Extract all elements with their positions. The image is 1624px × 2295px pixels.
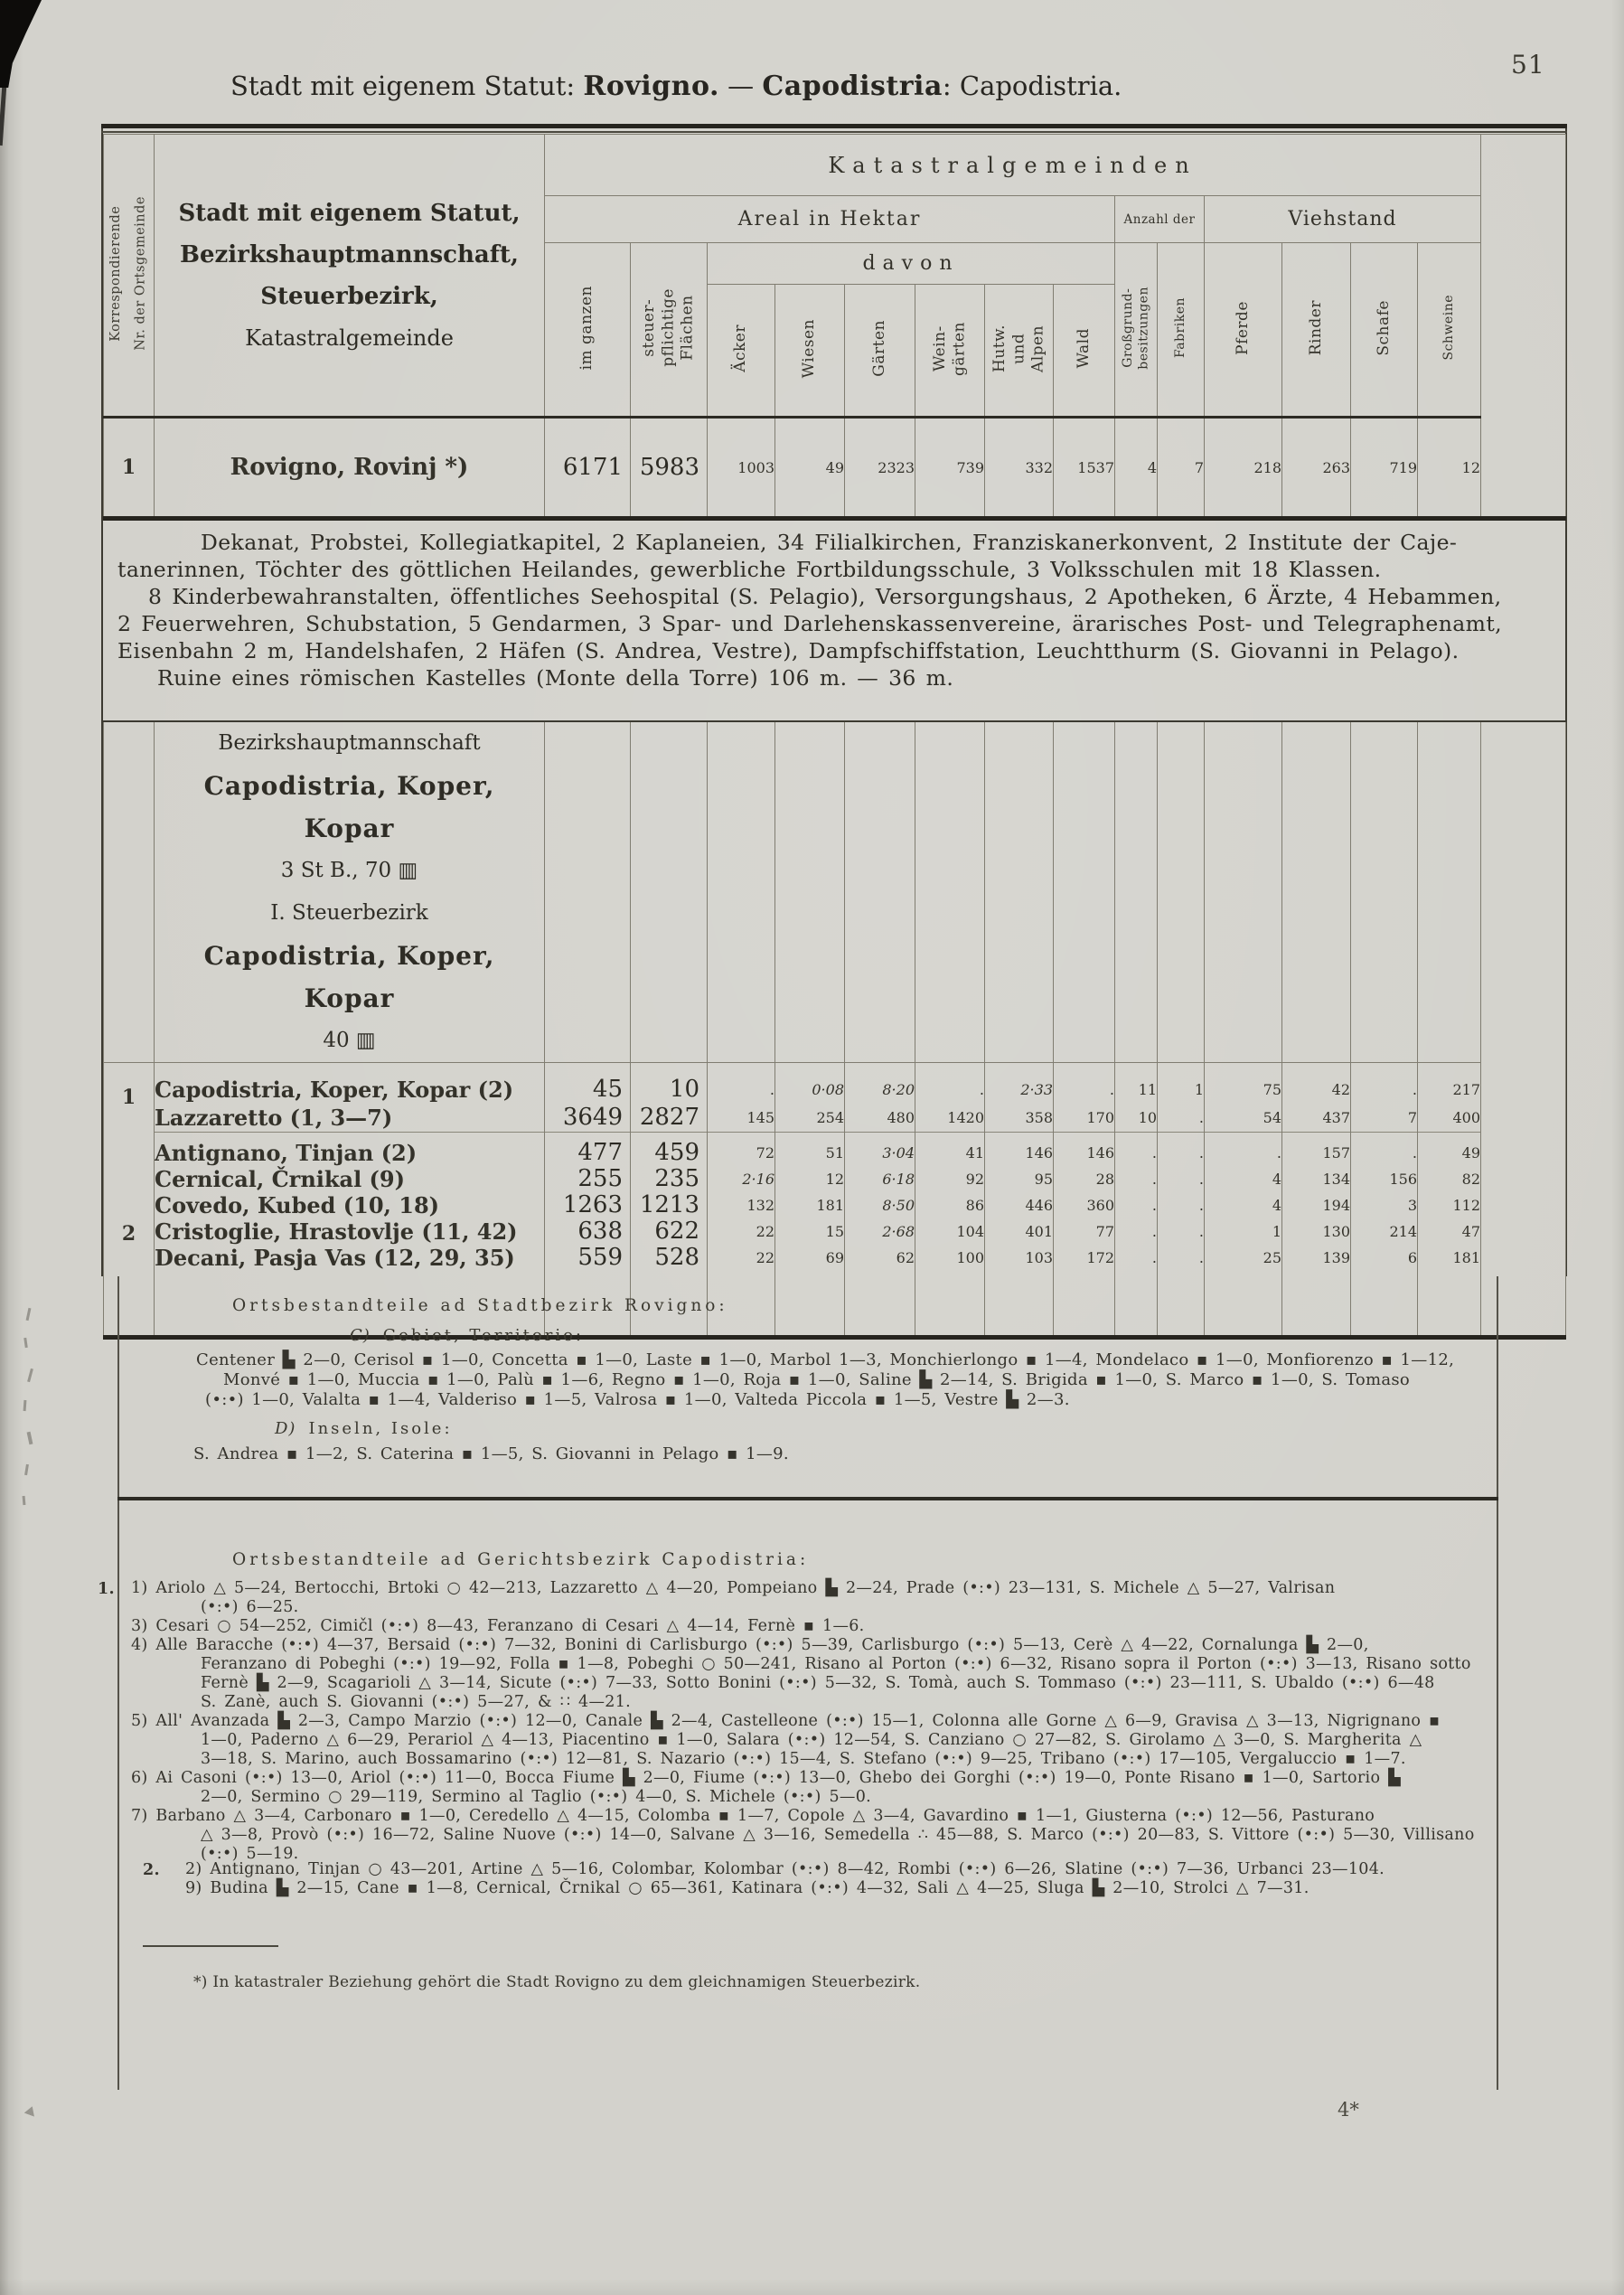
bezirk-header-line: I. Steuerbezirk [155,892,544,935]
description-line: Eisenbahn 2 m, Handelshafen, 2 Häfen (S.… [117,637,1527,664]
bezirk-header-line: 40 ▥ [155,1020,544,1062]
gebiet-subheading: C)Gebiet, Territorio: [350,1326,584,1345]
page-number: 51 [1511,50,1545,80]
value-cell: .170 [1054,1063,1115,1133]
scanned-document-page: 51 Stadt mit eigenem Statut: Rovigno. — … [0,0,1624,2295]
col-header-grossgrund: Großgrund- besitzungen [1115,243,1158,418]
col-header-hutweiden: Hutw. und Alpen [985,285,1054,418]
col-label: Gärten [870,320,889,377]
value-cell: .7 [1351,1063,1418,1133]
value-cell: 7 [1158,418,1205,519]
description-line: Ruine eines römischen Kastelles (Monte d… [117,664,1527,691]
empty-cell [1115,721,1158,1063]
place-line: (•:•) 6—25. [98,1598,1525,1617]
col-header-rinder: Rinder [1282,243,1351,418]
description-line: 2 Feuerwehren, Schubstation, 5 Gendarmen… [117,610,1527,637]
place-line: 7) Barbano △ 3—4, Carbonaro ▪ 1—0, Cered… [98,1807,1525,1826]
place-line: 2) Antignano, Tinjan ○ 43—201, Artine △ … [98,1860,1525,1879]
col-label: Wald [1075,328,1094,368]
place-line: △ 3—8, Provò (•:•) 16—72, Saline Nuove (… [98,1826,1525,1845]
value-cell: .1420 [915,1063,985,1133]
value-cell: 2323 [845,418,915,519]
place-line: 3—18, S. Marino, auch Bossamarino (•:•) … [98,1750,1525,1769]
place-line: Centener ▙ 2—0, Cerisol ▪ 1—0, Concetta … [196,1350,1454,1370]
margin-smudge [23,1496,26,1505]
title-dash: — [719,71,762,101]
empty-cell [104,721,155,1063]
title-capodistria: Capodistria [762,71,943,102]
davon-header: davon [708,243,1115,285]
left-header-cell: Stadt mit eigenem Statut, Bezirkshauptma… [155,135,545,418]
empty-cell [1351,721,1418,1063]
value-cell: 263 [1282,418,1351,519]
areal-header: Areal in Hektar [545,196,1115,243]
rovigno-statistics-table: Korrespondierende Nr. der Ortsgemeinde S… [103,134,1566,521]
title-rovigno: Rovigno. [583,71,718,102]
margin-smudge [23,1338,28,1348]
left-header-line: Katastralgemeinde [155,317,544,359]
anzahl-header: Anzahl der [1115,196,1205,243]
empty-cell [845,721,915,1063]
footnote-rule [143,1945,278,1947]
left-header-line: Bezirkshauptmannschaft, [155,234,544,276]
empty-cell [915,721,985,1063]
value-cell: 0·08254 [775,1063,845,1133]
margin-smudge [24,2104,38,2117]
katastralgemeinden-header: Katastralgemeinden [545,135,1481,196]
place-line: S. Zanè, auch S. Giovanni (•:•) 5—27, & … [98,1693,1525,1712]
empty-cell [631,721,708,1063]
place-line: 2—0, Sermino ○ 29—119, Sermino al Taglio… [98,1788,1525,1807]
col-header-fabriken: Fabriken [1158,243,1205,418]
col-label: steuer- pflichtige Flächen [640,288,698,367]
value-cell: 1110 [1115,1063,1158,1133]
value-cell: 332 [985,418,1054,519]
place-line: 3) Cesari ○ 54—252, Cimičl (•:•) 8—43, F… [98,1617,1525,1636]
col-header-aecker: Äcker [708,285,775,418]
description-line: Dekanat, Probstei, Kollegiatkapitel, 2 K… [117,529,1527,556]
gebiet-title: Gebiet, Territorio: [383,1326,584,1345]
section-divider-rule [117,1497,1498,1500]
scan-ink-blob [0,0,42,88]
empty-cell [775,721,845,1063]
left-header-line: Stadt mit eigenem Statut, [155,193,544,234]
margin-smudge [26,1308,32,1321]
value-cell: 217400 [1418,1063,1481,1133]
value-cell: 49 [775,418,845,519]
stadtbezirk-rovigno-heading: Ortsbestandteile ad Stadtbezirk Rovigno: [232,1296,728,1315]
empty-cell [708,721,775,1063]
margin-smudge [23,1400,27,1411]
value-cell: 719 [1351,418,1418,519]
col-label: Schweine [1441,295,1458,361]
place-line: 6) Ai Casoni (•:•) 13—0, Ariol (•:•) 11—… [98,1769,1525,1788]
value-cell: 5983 [631,418,708,519]
item-marker: 1. [98,1580,115,1599]
col-header-wiesen: Wiesen [775,285,845,418]
value-cell: 1537 [1054,418,1115,519]
gerichtsbezirk-capodistria-heading: Ortsbestandteile ad Gerichtsbezirk Capod… [232,1550,809,1569]
value-cell: 218 [1205,418,1282,519]
item2-lines: 2) Antignano, Tinjan ○ 43—201, Artine △ … [98,1860,1525,1898]
place-line: Fernè ▙ 2—9, Scagarioli △ 3—14, Sicute (… [98,1674,1525,1693]
col-label: Äcker [731,324,750,372]
col-header-wald: Wald [1054,285,1115,418]
gebiet-place-list: Centener ▙ 2—0, Cerisol ▪ 1—0, Concetta … [196,1350,1454,1410]
page-title: Stadt mit eigenem Statut: Rovigno. — Cap… [230,71,1017,102]
left-header-line: Steuerbezirk, [155,276,544,317]
empty-cell [1418,721,1481,1063]
value-cell: 1. [1158,1063,1205,1133]
gebiet-marker: C) [350,1326,383,1345]
inseln-place-list: S. Andrea ▪ 1—2, S. Caterina ▪ 1—5, S. G… [193,1444,789,1464]
description-line: tanerinnen, Töchter des göttlichen Heila… [117,556,1527,583]
inseln-title: Inseln, Isole: [308,1419,452,1438]
value-cell: 42437 [1282,1063,1351,1133]
col-header-schafe: Schafe [1351,243,1418,418]
col-label: im ganzen [577,286,596,370]
value-cell: 4 [1115,418,1158,519]
description-line: 8 Kinderbewahranstalten, öffentliches Se… [117,583,1527,610]
gerichtsbezirk-place-list: 1. 1) Ariolo △ 5—24, Bertocchi, Brtoki ○… [98,1579,1525,1864]
place-line: (•:•) 1—0, Valalta ▪ 1—4, Valderiso ▪ 1—… [196,1390,1454,1410]
empty-cell [545,721,631,1063]
col-header-gaerten: Gärten [845,285,915,418]
scan-ink-streak [0,86,6,146]
rovigno-description: Dekanat, Probstei, Kollegiatkapitel, 2 K… [117,529,1527,691]
corner-label: Korrespondierende Nr. der Ortsgemeinde [104,196,154,351]
empty-cell [1205,721,1282,1063]
row-name: Rovigno, Rovinj *) [155,418,545,519]
bezirk-header-line: 3 St B., 70 ▥ [155,850,544,892]
place-line: Monvé ▪ 1—0, Muccia ▪ 1—0, Palù ▪ 1—6, R… [196,1370,1454,1390]
col-header-steuerpflichtige: steuer- pflichtige Flächen [631,243,708,418]
col-label: Großgrund- besitzungen [1121,287,1152,370]
title-prefix: Stadt mit eigenem Statut: [230,71,583,101]
group-names: Capodistria, Koper, Kopar (2)Lazzaretto … [155,1063,545,1133]
col-header-pferde: Pferde [1205,243,1282,418]
bezirk-header-line: Bezirkshauptmannschaft [155,722,544,765]
main-table-frame: Korrespondierende Nr. der Ortsgemeinde S… [101,124,1567,1276]
col-header-weingaerten: Wein- gärten [915,285,985,418]
group-number: 1 [104,1063,155,1133]
double-rule-bottom [101,131,1567,133]
viehstand-header: Viehstand [1205,196,1481,243]
inseln-marker: D) [275,1419,308,1438]
empty-cell [1282,721,1351,1063]
value-cell: 8·20480 [845,1063,915,1133]
value-cell: 102827 [631,1063,708,1133]
margin-smudge [27,1369,33,1382]
place-line: 5) All' Avanzada ▙ 2—3, Campo Marzio (•:… [98,1712,1525,1731]
bezirk-header-block: Bezirkshauptmannschaft Capodistria, Kope… [155,721,545,1063]
empty-cell [1054,721,1115,1063]
margin-column [1481,721,1566,1338]
bezirk-header-line: Capodistria, Koper, Kopar [155,765,544,850]
margin-smudge [27,1432,33,1445]
col-label: Wiesen [800,319,819,378]
empty-cell [1158,721,1205,1063]
place-line: 4) Alle Baracche (•:•) 4—37, Bersaid (•:… [98,1636,1525,1655]
capodistria-statistics-table: Bezirkshauptmannschaft Capodistria, Kope… [103,720,1566,1340]
col-label: Pferde [1234,301,1253,355]
bezirk-header-line: Capodistria, Koper, Kopar [155,935,544,1020]
row-number: 1 [104,418,155,519]
place-line: 1—0, Paderno △ 6—29, Perariol △ 4—13, Pi… [98,1731,1525,1750]
col-label: Schafe [1375,300,1394,356]
col-label: Rinder [1307,300,1326,355]
value-cell: 739 [915,418,985,519]
place-line: Feranzano di Pobeghi (•:•) 19—92, Folla … [98,1655,1525,1674]
value-cell: 1003 [708,418,775,519]
value-cell: 12 [1418,418,1481,519]
margin-column [1481,135,1566,519]
empty-cell [985,721,1054,1063]
signature-mark: 4* [1338,2099,1359,2121]
col-header-im-ganzen: im ganzen [545,243,631,418]
col-label: Fabriken [1173,297,1189,358]
inseln-subheading: D)Inseln, Isole: [275,1419,453,1438]
value-cell: 7554 [1205,1063,1282,1133]
double-rule-top [101,124,1567,128]
place-line: 9) Budina ▙ 2—15, Cane ▪ 1—8, Cernical, … [98,1879,1525,1898]
value-cell: 2·33358 [985,1063,1054,1133]
title-suffix: : Capodistria. [943,71,1122,101]
margin-smudge [24,1464,29,1475]
col-label: Wein- gärten [931,322,970,376]
value-cell: 453649 [545,1063,631,1133]
footnote-text: *) In katastraler Beziehung gehört die S… [193,1973,920,1991]
col-label: Hutw. und Alpen [990,324,1048,372]
place-line: 1) Ariolo △ 5—24, Bertocchi, Brtoki ○ 42… [98,1579,1525,1598]
value-cell: 6171 [545,418,631,519]
col-header-schweine: Schweine [1418,243,1481,418]
corner-header-cell: Korrespondierende Nr. der Ortsgemeinde [104,135,155,418]
value-cell: .145 [708,1063,775,1133]
